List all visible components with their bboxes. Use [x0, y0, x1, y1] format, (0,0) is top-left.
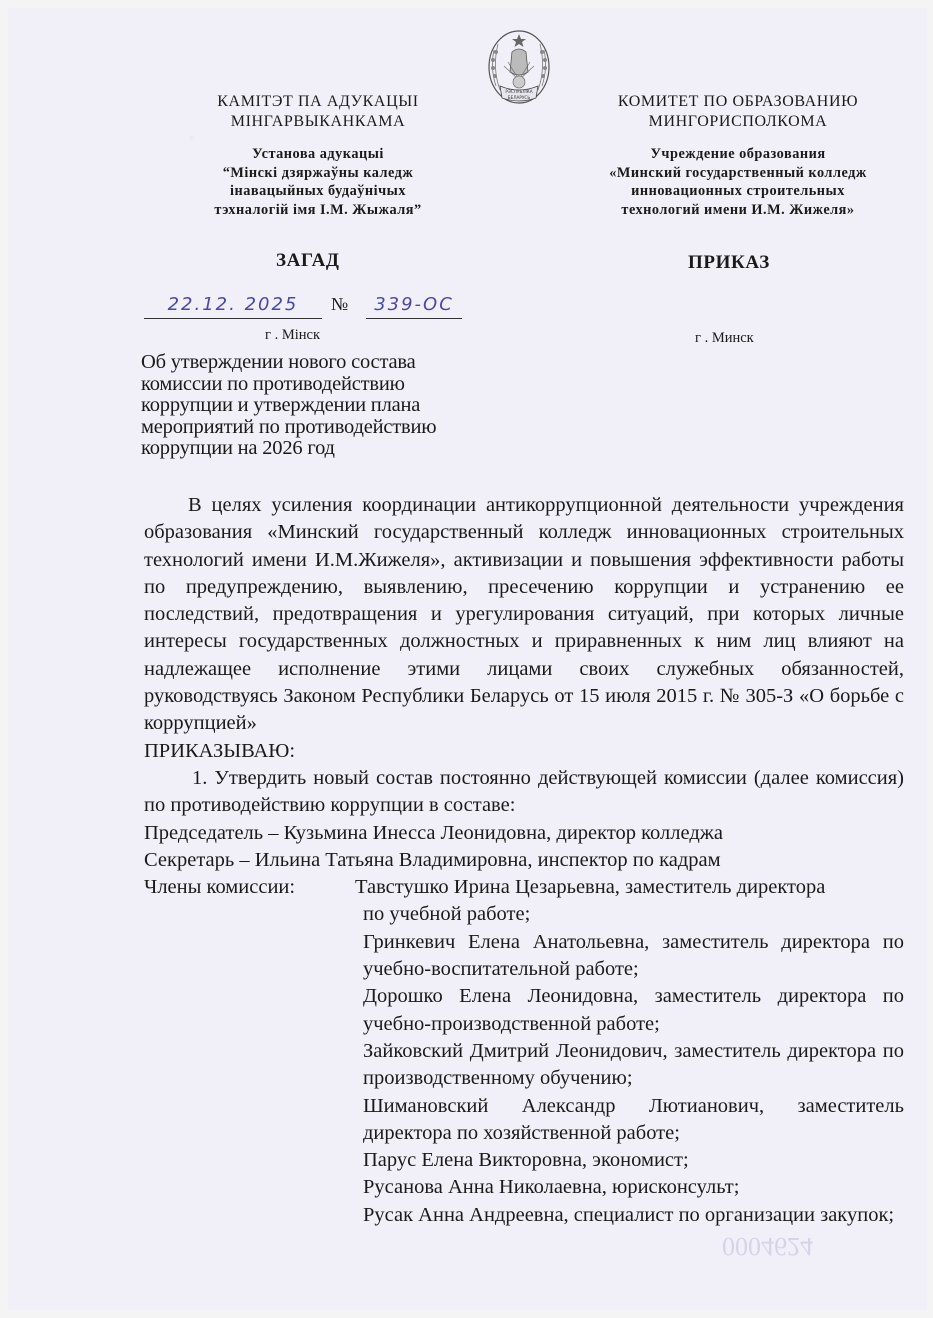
- committee-name-ru-line1: КОМИТЕТ ПО ОБРАЗОВАНИЮ: [568, 92, 908, 112]
- reverse-side-show-through: 0004624: [722, 1231, 813, 1261]
- member-item: Парус Елена Викторовна, экономист;: [355, 1147, 904, 1174]
- order-date: 22.12. 2025: [144, 290, 322, 319]
- subject-line: коррупции на 2026 год: [141, 438, 511, 460]
- institution-line: инновационных строительных: [568, 182, 908, 201]
- header-belarusian: КАМІТЭТ ПА АДУКАЦЫІ МІНГАРВЫКАНКАМА Уста…: [168, 92, 468, 219]
- members-label: Члены комиссии:: [144, 874, 355, 1229]
- member-item: Русак Анна Андреевна, специалист по орга…: [355, 1202, 904, 1229]
- subject-line: Об утверждении нового состава: [141, 352, 511, 374]
- subject-line: комиссии по противодействию: [141, 374, 511, 396]
- belarus-state-emblem-icon: РЭСПУБЛІКА БЕЛАРУСЬ: [476, 28, 562, 108]
- institution-name-ru: Учреждение образования «Минский государс…: [568, 145, 908, 219]
- preamble-paragraph: В целях усиления координации антикоррупц…: [144, 492, 904, 738]
- institution-line: «Минский государственный колледж: [568, 164, 908, 183]
- svg-text:БЕЛАРУСЬ: БЕЛАРУСЬ: [508, 95, 531, 100]
- header-russian: КОМИТЕТ ПО ОБРАЗОВАНИЮ МИНГОРИСПОЛКОМА У…: [568, 92, 908, 219]
- institution-name-be: Установа адукацыі “Мінскі дзяржаўны кале…: [168, 145, 468, 219]
- institution-line: Учреждение образования: [568, 145, 908, 164]
- member-first-line: Тавстушко Ирина Цезарьевна, заместитель …: [355, 876, 825, 898]
- member-item: Гринкевич Елена Анатольевна, заместитель…: [355, 929, 904, 984]
- member-item: Русанова Анна Николаевна, юрисконсульт;: [355, 1174, 904, 1201]
- institution-line: тэхналогій імя І.М. Жыжаля”: [168, 201, 468, 220]
- subject-line: мероприятий по противодействию: [141, 417, 511, 439]
- institution-line: “Мінскі дзяржаўны каледж: [168, 164, 468, 183]
- commission-members: Члены комиссии: Тавстушко Ирина Цезарьев…: [144, 874, 904, 1229]
- member-continuation: по учебной работе;: [355, 901, 904, 928]
- order-body: В целях усиления координации антикоррупц…: [144, 492, 904, 1229]
- institution-line: інавацыйных будаўнічых: [168, 182, 468, 201]
- institution-line: Установа адукацыі: [168, 145, 468, 164]
- institution-line: технологий имени И.М. Жижеля»: [568, 201, 908, 220]
- committee-name-be-line1: КАМІТЭТ ПА АДУКАЦЫІ: [168, 92, 468, 112]
- committee-name-be-line2: МІНГАРВЫКАНКАМА: [168, 112, 468, 132]
- number-sign: №: [331, 294, 348, 315]
- commission-secretary: Секретарь – Ильина Татьяна Владимировна,…: [144, 847, 904, 874]
- city-be: г . Мінск: [265, 327, 320, 344]
- scanned-document-page: РЭСПУБЛІКА БЕЛАРУСЬ КАМІТЭТ ПА АДУКАЦЫІ …: [8, 8, 927, 1310]
- members-list: Тавстушко Ирина Цезарьевна, заместитель …: [355, 874, 904, 1229]
- order-item-1: 1. Утвердить новый состав постоянно дейс…: [144, 765, 904, 820]
- order-subject: Об утверждении нового состава комиссии п…: [141, 352, 511, 460]
- member-item: Зайковский Дмитрий Леонидович, заместите…: [355, 1038, 904, 1093]
- order-word: ПРИКАЗЫВАЮ:: [144, 738, 904, 765]
- doc-type-be: ЗАГАД: [276, 250, 340, 272]
- commission-chairman: Председатель – Кузьмина Инесса Леонидовн…: [144, 820, 904, 847]
- member-item: Дорошко Елена Леонидовна, заместитель ди…: [355, 983, 904, 1038]
- member-item: Шимановский Александр Лютианович, замест…: [355, 1093, 904, 1148]
- committee-name-ru-line2: МИНГОРИСПОЛКОМА: [568, 112, 908, 132]
- city-ru: г . Минск: [695, 330, 754, 347]
- subject-line: коррупции и утверждении плана: [141, 395, 511, 417]
- doc-type-ru: ПРИКАЗ: [688, 252, 770, 274]
- member-item: Тавстушко Ирина Цезарьевна, заместитель …: [355, 874, 904, 929]
- svg-text:РЭСПУБЛІКА: РЭСПУБЛІКА: [505, 89, 532, 94]
- order-number: 339-ОС: [366, 290, 462, 319]
- registration-line: 22.12. 2025 № 339-ОС: [144, 290, 484, 320]
